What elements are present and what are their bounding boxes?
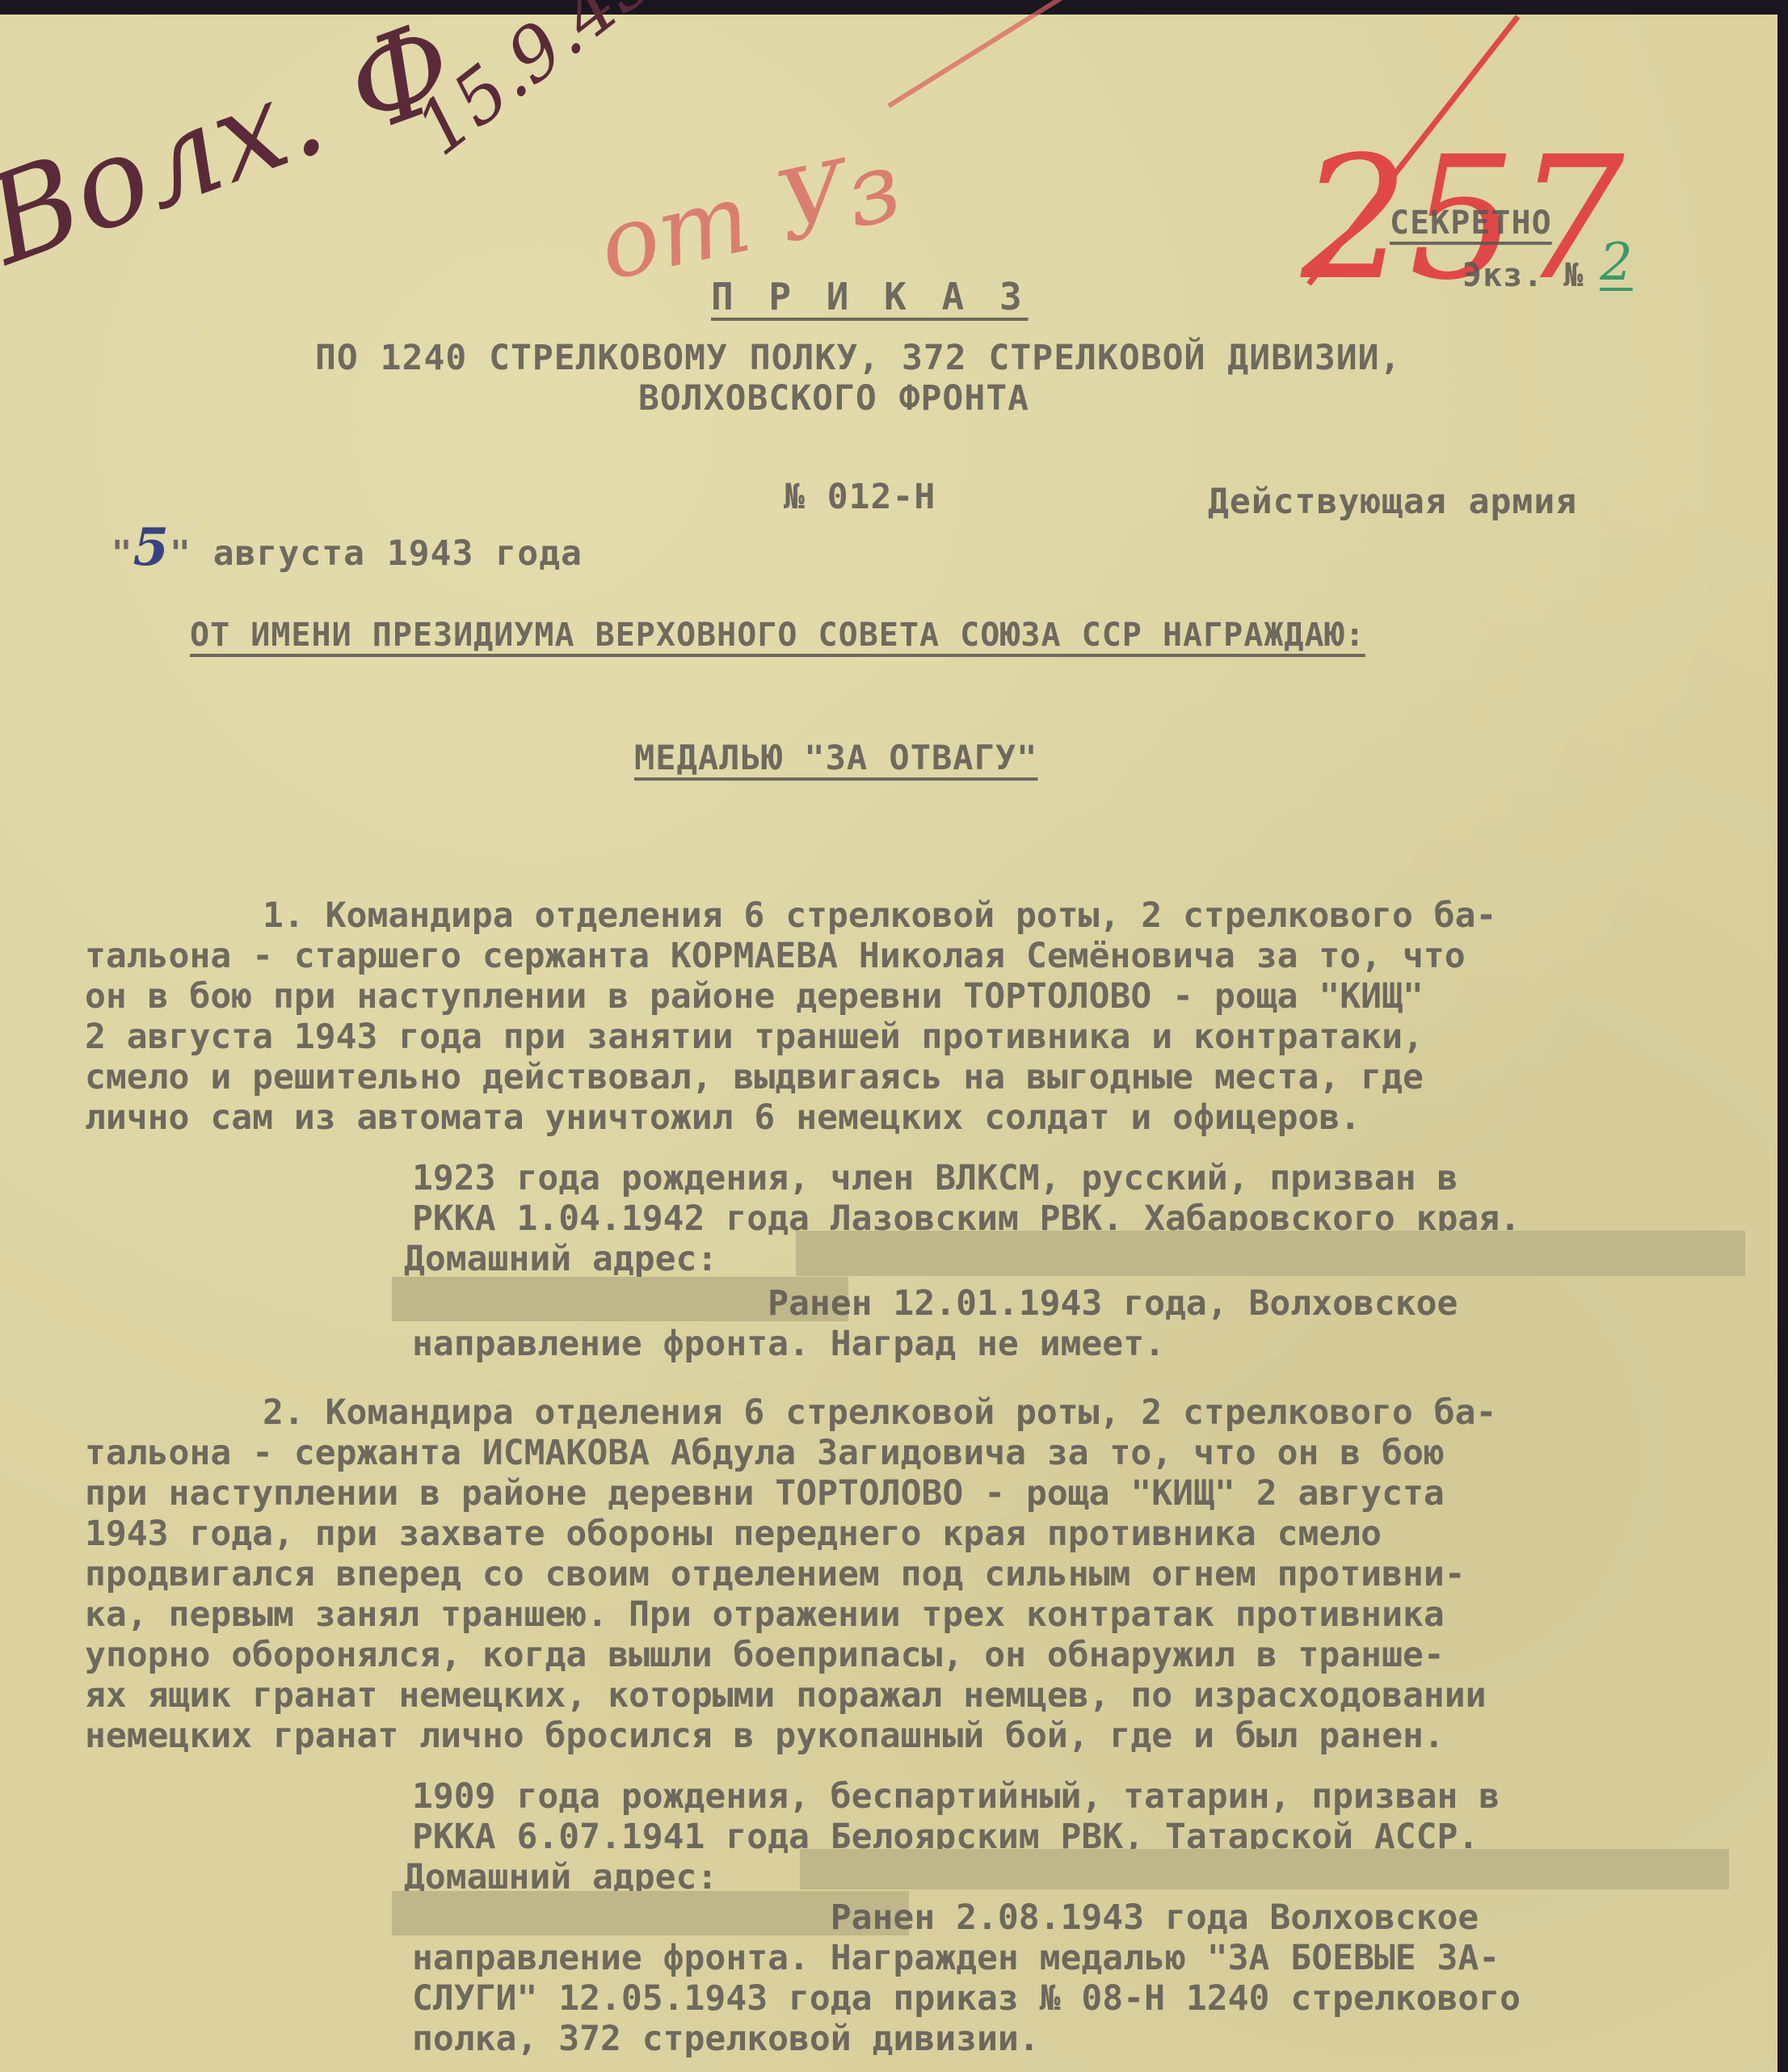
order-date: "5" августа 1943 года bbox=[24, 477, 583, 618]
bio-line: направление фронта. Награжден медалью "З… bbox=[412, 1938, 1500, 1978]
handwritten-date: 15.9.43г. bbox=[400, 0, 718, 172]
order-location: Действующая армия bbox=[1208, 482, 1577, 522]
entry-line: немецких гранат лично бросился в рукопаш… bbox=[85, 1716, 1445, 1756]
entry-line: 1943 года, при захвате обороны переднего… bbox=[85, 1514, 1382, 1554]
entry-line: упорно оборонялся, когда вышли боеприпас… bbox=[85, 1635, 1445, 1675]
entry-line: лично сам из автомата уничтожил 6 немецк… bbox=[85, 1097, 1361, 1138]
order-subtitle-line2: ВОЛХОВСКОГО ФРОНТА bbox=[638, 378, 1029, 419]
bio-line: 1923 года рождения, член ВЛКСМ, русский,… bbox=[412, 1158, 1458, 1198]
entry-line: 1. Командира отделения 6 стрелковой роты… bbox=[263, 895, 1496, 936]
bio-line: Ранен 12.01.1943 года, Волховское bbox=[412, 1283, 1458, 1324]
entry-line: 2 августа 1943 года при занятии траншей … bbox=[85, 1017, 1424, 1057]
handwritten-front-note: Волх. Ф bbox=[0, 0, 472, 293]
bio-line: 1909 года рождения, беспартийный, татари… bbox=[412, 1776, 1500, 1817]
copy-number: 2 bbox=[1600, 233, 1633, 293]
order-subtitle-line1: ПО 1240 СТРЕЛКОВОМУ ПОЛКУ, 372 СТРЕЛКОВО… bbox=[315, 338, 1401, 378]
bio-line: полка, 372 стрелковой дивизии. bbox=[412, 2019, 1040, 2059]
red-pencil-stroke bbox=[887, 0, 1177, 108]
award-heading: МЕДАЛЬЮ "ЗА ОТВАГУ" bbox=[634, 738, 1037, 777]
bio-line: направление фронта. Наград не имеет. bbox=[412, 1324, 1165, 1364]
copy-number-label: Экз. № bbox=[1462, 257, 1584, 294]
entry-line: тальона - сержанта ИСМАКОВА Абдула Загид… bbox=[85, 1433, 1445, 1473]
bio-line: Домашний адрес: bbox=[404, 1239, 717, 1279]
entry-line: смело и решительно действовал, выдвигаяс… bbox=[85, 1057, 1424, 1097]
bio-line: СЛУГИ" 12.05.1943 года приказ № 08-Н 124… bbox=[412, 1978, 1521, 2019]
redacted-address bbox=[796, 1231, 1745, 1276]
order-title: П Р И К А З bbox=[711, 275, 1029, 318]
entry-line: он в бою при наступлении в районе деревн… bbox=[85, 976, 1424, 1017]
bio-line: Ранен 2.08.1943 года Волховское bbox=[412, 1897, 1479, 1938]
entry-line: тальона - старшего сержанта КОРМАЕВА Ник… bbox=[85, 936, 1466, 976]
order-number: № 012-Н bbox=[784, 477, 936, 517]
entry-line: ях ящик гранат немецких, которыми поража… bbox=[85, 1675, 1487, 1716]
redacted-address bbox=[800, 1849, 1729, 1889]
order-date-text: августа 1943 года bbox=[213, 533, 583, 574]
decree-heading: ОТ ИМЕНИ ПРЕЗИДИУМА ВЕРХОВНОГО СОВЕТА СО… bbox=[190, 617, 1365, 654]
order-day: 5 bbox=[133, 517, 170, 578]
entry-line: ка, первым занял траншею. При отражении … bbox=[85, 1594, 1445, 1635]
classification-label: СЕКРЕТНО bbox=[1390, 204, 1552, 242]
entry-line: продвигался вперед со своим отделением п… bbox=[85, 1554, 1466, 1594]
document-page: Волх. Ф 15.9.43г. от Уз 257 СЕКРЕТНО Экз… bbox=[0, 15, 1777, 2072]
entry-line: при наступлении в районе деревни ТОРТОЛО… bbox=[85, 1473, 1445, 1514]
entry-line: 2. Командира отделения 6 стрелковой роты… bbox=[263, 1392, 1496, 1433]
